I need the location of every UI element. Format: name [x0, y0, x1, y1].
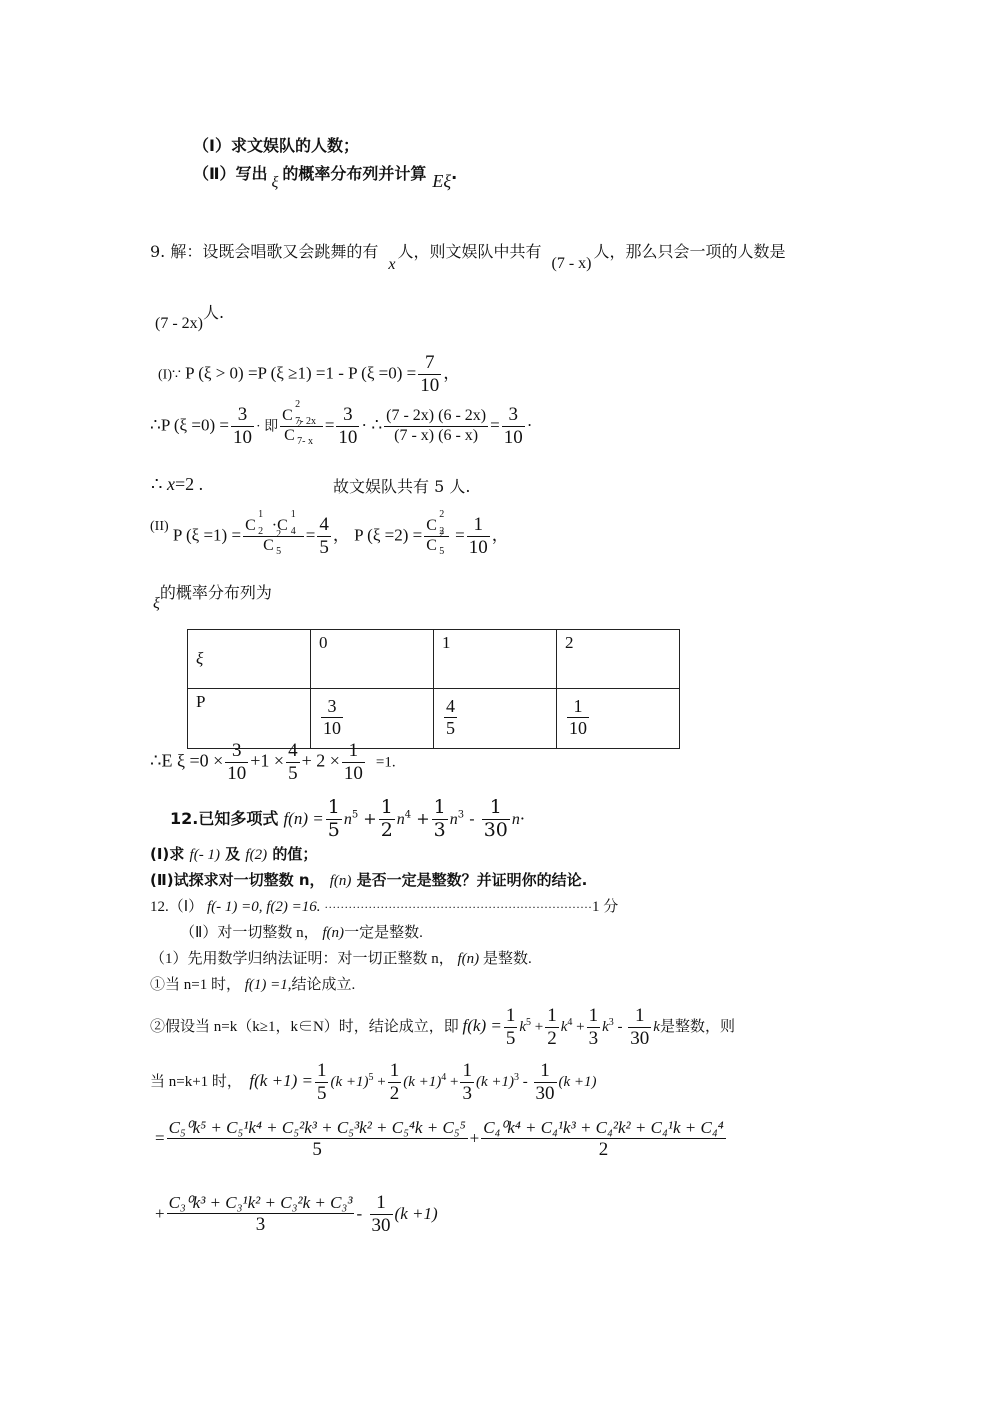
den: 5	[315, 1083, 329, 1105]
den: 5	[504, 1028, 518, 1050]
table-cell: 110	[557, 689, 680, 749]
num: 3	[321, 696, 343, 718]
text: 人，那么只会一项的人数是	[593, 242, 785, 261]
fraction: 130	[534, 1060, 557, 1105]
fraction: 15	[315, 1060, 329, 1105]
solution12-line5: ②假设当 n=k（k≥1，k∈N）时，结论成立，即 f(k) =15k5 +12…	[150, 1005, 735, 1050]
fraction: 130	[370, 1192, 393, 1237]
expr: f(2)	[245, 847, 267, 863]
c: C	[263, 537, 274, 554]
exp: 3	[458, 810, 464, 821]
var: n	[450, 811, 458, 828]
num: 1	[567, 696, 589, 718]
text: ①当 n=1 时，	[150, 977, 241, 993]
sup: 1	[258, 509, 263, 521]
dot: ·	[527, 415, 533, 434]
expr: f(n)	[458, 951, 480, 967]
den: 3	[587, 1028, 601, 1050]
text: · ∴	[361, 415, 382, 434]
sub: 4	[291, 526, 296, 538]
expectation-symbol: Eξ	[432, 171, 451, 191]
combination-fraction: C27- 2xC27- x	[280, 407, 323, 445]
text: 及	[225, 845, 240, 863]
title: 12.已知多项式	[170, 809, 278, 828]
table-cell: 2	[557, 630, 680, 689]
expr: f(- 1) =0, f(2) =16.	[207, 899, 321, 915]
solution9-line1: 9. 解：设既会唱歌又会跳舞的有x人，则文娱队中共有(7 - x)人，那么只会一…	[150, 239, 785, 262]
den: (7 - x) (6 - x)	[384, 427, 488, 445]
c: C	[282, 407, 293, 424]
text: （1）先用数学归纳法证明：对一切正整数 n，	[150, 951, 454, 967]
den: 5	[286, 763, 300, 785]
fraction: 15	[504, 1005, 518, 1050]
den: 30	[628, 1028, 651, 1050]
solution9-result: ∴ x=2 .	[151, 474, 203, 495]
solution12-line1: 12.（Ⅰ） f(- 1) =0, f(2) =16. ············…	[150, 895, 618, 916]
distribution-label: ξ的概率分布列为	[153, 580, 272, 603]
q2-prefix: （Ⅱ）写出	[193, 164, 268, 183]
num: 1	[432, 797, 448, 820]
fraction: 13	[587, 1005, 601, 1050]
combination-fraction: C12·C14C25	[243, 517, 304, 555]
sup: 2	[297, 419, 302, 431]
exp: 4	[567, 1017, 572, 1028]
den: 5	[317, 537, 331, 559]
den: 30	[534, 1083, 557, 1105]
expr: f(- 1)	[190, 847, 220, 863]
var: k	[602, 1019, 609, 1035]
text: 人，则文娱队中共有	[397, 242, 541, 261]
num: 1	[379, 797, 395, 820]
fraction: (7 - 2x) (6 - 2x)(7 - x) (6 - x)	[384, 407, 488, 445]
fraction: 110	[467, 514, 490, 559]
num: 1	[326, 797, 342, 820]
num: 1	[504, 1005, 518, 1028]
var: (k +1)	[330, 1074, 368, 1090]
table-cell: 1	[434, 630, 557, 689]
combination-fraction: C22C25	[424, 517, 449, 555]
exp: 3	[514, 1072, 519, 1083]
num: 3	[502, 404, 525, 427]
fraction: 13	[460, 1060, 474, 1105]
den: 3	[460, 1083, 474, 1105]
fraction: 130	[628, 1005, 651, 1050]
text: =2 .	[175, 474, 203, 494]
distribution-table: ξ 0 1 2 P 310 45 110	[187, 629, 680, 749]
problem12-question-2: (Ⅱ)试探求对一切整数 n， f(n) 是否一定是整数？并证明你的结论.	[150, 869, 587, 890]
xi-symbol: ξ	[272, 174, 279, 191]
fraction: 110	[342, 740, 365, 785]
den: 5	[167, 1139, 468, 1161]
var: (k +1)	[559, 1074, 597, 1090]
xi-symbol: ξ	[153, 595, 160, 612]
c: C	[284, 427, 295, 444]
c: C	[245, 517, 256, 534]
den: 2	[545, 1028, 559, 1050]
var-x: x	[388, 256, 395, 273]
text: (Ⅰ)求	[150, 845, 184, 863]
text: · 即	[256, 419, 278, 434]
eq: =	[325, 415, 335, 434]
dot: ·	[520, 809, 525, 828]
den: 10	[467, 537, 490, 559]
q2-mid: 的概率分布列并计算	[282, 164, 426, 183]
solution9-conclusion: 故文娱队共有 5 人.	[333, 474, 470, 497]
sub: 5	[439, 546, 444, 558]
solution9-part2: (II) P (ξ =1) =C12·C14C25=45， P (ξ =2) =…	[150, 514, 509, 559]
comma: ，	[492, 525, 509, 544]
fraction: 12	[545, 1005, 559, 1050]
num: C₃⁰k³ + C₃¹k² + C₃²k + C₃³	[167, 1193, 355, 1214]
den: 5	[444, 718, 457, 739]
table-cell: ξ	[188, 630, 311, 689]
den: 10	[225, 763, 248, 785]
text: 9. 解：设既会唱歌又会跳舞的有	[150, 242, 378, 261]
solution12-line8: +C₃⁰k³ + C₃¹k² + C₃²k + C₃³3- 130(k +1)	[155, 1192, 438, 1237]
c: C	[426, 537, 437, 554]
therefore: ∴	[151, 474, 162, 494]
den: 10	[502, 427, 525, 449]
table-cell: 0	[311, 630, 434, 689]
den: 30	[370, 1215, 393, 1237]
den: 30	[482, 820, 510, 842]
label: (II)	[150, 519, 169, 534]
text: (Ⅱ)试探求对一切整数 n，	[150, 871, 325, 889]
exp: 5	[526, 1017, 531, 1028]
den: 10	[342, 763, 365, 785]
fraction: C₃⁰k³ + C₃¹k² + C₃²k + C₃³3	[167, 1193, 355, 1235]
c: C	[426, 517, 437, 534]
text: ∴P (ξ =0) =	[150, 415, 229, 434]
table-cell: 45	[434, 689, 557, 749]
var: n	[344, 811, 352, 828]
fraction: 310	[231, 404, 254, 449]
text: 人.	[203, 303, 224, 322]
fraction: 12	[379, 797, 395, 842]
fraction: 710	[418, 352, 441, 397]
comma: ，	[443, 363, 460, 382]
problem9-question-1: （Ⅰ）求文娱队的人数；	[193, 133, 359, 156]
fraction: 45	[286, 740, 300, 785]
den: 2	[379, 820, 395, 842]
den: 5	[326, 820, 342, 842]
text: 一定是整数.	[344, 925, 423, 941]
text: ②假设当 n=k（k≥1，k∈N）时，结论成立，即	[150, 1019, 459, 1035]
plus: +	[470, 1129, 480, 1148]
num: 1	[534, 1060, 557, 1083]
text: 是整数.	[483, 951, 532, 967]
var: (k +1)	[403, 1074, 441, 1090]
solution9-step2: ∴P (ξ =0) =310· 即C27- 2xC27- x=310· ∴(7 …	[150, 404, 532, 449]
text: 12.（Ⅰ）	[150, 899, 203, 915]
label: (I)∵	[158, 367, 181, 382]
problem9-question-2: （Ⅱ）写出ξ的概率分布列并计算Eξ.	[193, 161, 457, 184]
fraction: 130	[482, 797, 510, 842]
expr: f(n)	[330, 873, 352, 889]
exp: 5	[369, 1072, 374, 1083]
num: 1	[370, 1192, 393, 1215]
exp: 4	[405, 810, 411, 821]
dotted-leader: ········································…	[324, 900, 592, 914]
minus: -	[356, 1204, 362, 1223]
num: 7	[418, 352, 441, 375]
num: 3	[225, 740, 248, 763]
problem12-statement: 12.已知多项式 f(n) =15n5 +12n4 +13n3 - 130n·	[170, 797, 525, 842]
text: P (ξ =1) =	[173, 525, 241, 544]
den: 10	[418, 375, 441, 397]
problem12-question-1: (Ⅰ)求 f(- 1) 及 f(2) 的值；	[150, 843, 317, 864]
fraction: 15	[326, 797, 342, 842]
fraction: 310	[225, 740, 248, 785]
solution9-line2: (7 - 2x)人.	[155, 300, 224, 323]
expr: f(n)	[322, 925, 344, 941]
sub: 7- x	[297, 436, 313, 448]
fraction: C₄⁰k⁴ + C₄¹k³ + C₄²k² + C₄¹k + C₄⁴2	[481, 1118, 725, 1160]
fraction: 310	[336, 404, 359, 449]
text: 是否一定是整数？并证明你的结论.	[357, 871, 588, 889]
var: (k +1)	[476, 1074, 514, 1090]
expr: (7 - 2x)	[155, 315, 203, 332]
cell-text: ξ	[196, 649, 203, 668]
text: + 2 ×	[302, 750, 340, 770]
text: ， P (ξ =2) =	[333, 525, 422, 544]
var-x: x	[167, 474, 175, 494]
num: 1	[467, 514, 490, 537]
num: 4	[286, 740, 300, 763]
num: 1	[482, 797, 510, 820]
solution12-line6: 当 n=k+1 时， f(k +1) =15(k +1)5 +12(k +1)4…	[150, 1060, 597, 1105]
sup: 2	[276, 529, 281, 541]
expr: f(k +1) =	[249, 1071, 313, 1090]
den: 2	[388, 1083, 402, 1105]
solution12-line4: ①当 n=1 时， f(1) =1,结论成立.	[150, 973, 355, 994]
num: 1	[315, 1060, 329, 1083]
solution9-part1: (I)∵ P (ξ > 0) =P (ξ ≥1) =1 - P (ξ =0) =…	[158, 352, 460, 397]
sup: 2	[439, 509, 444, 521]
num: C₅⁰k⁵ + C₅¹k⁴ + C₅²k³ + C₅³k² + C₅⁴k + C…	[167, 1118, 468, 1139]
text: ,结论成立.	[288, 977, 356, 993]
text: +1 ×	[250, 750, 284, 770]
den: 10	[321, 718, 343, 739]
den: 10	[567, 718, 589, 739]
solution12-line7: =C₅⁰k⁵ + C₅¹k⁴ + C₅²k³ + C₅³k² + C₅⁴k + …	[155, 1118, 728, 1160]
num: 3	[336, 404, 359, 427]
fraction: C₅⁰k⁵ + C₅¹k⁴ + C₅²k³ + C₅³k² + C₅⁴k + C…	[167, 1118, 468, 1160]
den: 2	[481, 1139, 725, 1161]
expectation-line: ∴E ξ =0 ×310+1 ×45+ 2 ×110 =1.	[150, 740, 396, 785]
num: 3	[231, 404, 254, 427]
var: n	[397, 811, 405, 828]
num: 4	[317, 514, 331, 537]
text: 的值；	[272, 845, 317, 863]
num: 1	[545, 1005, 559, 1028]
num: 1	[628, 1005, 651, 1028]
den: 3	[432, 820, 448, 842]
var: k	[653, 1019, 660, 1035]
table-row: ξ 0 1 2	[188, 630, 680, 689]
solution12-line3: （1）先用数学归纳法证明：对一切正整数 n， f(n) 是整数.	[150, 947, 532, 968]
fraction: 13	[432, 797, 448, 842]
eq: =	[155, 1129, 165, 1148]
fraction: 45	[317, 514, 331, 559]
text: （Ⅱ）对一切整数 n，	[180, 925, 319, 941]
equation: P (ξ > 0) =P (ξ ≥1) =1 - P (ξ =0) =	[185, 363, 416, 382]
sub: 5	[276, 546, 281, 558]
var: k	[519, 1019, 526, 1035]
exp: 5	[352, 810, 358, 821]
text: ∴E ξ =0 ×	[150, 750, 223, 770]
num: 1	[460, 1060, 474, 1083]
den: 3	[167, 1214, 355, 1236]
sup: 1	[291, 509, 296, 521]
num: 1	[342, 740, 365, 763]
den: 10	[231, 427, 254, 449]
period: .	[451, 164, 457, 183]
num: 1	[587, 1005, 601, 1028]
result: =1.	[376, 754, 396, 770]
expr: (7 - x)	[551, 255, 591, 272]
num: C₄⁰k⁴ + C₄¹k³ + C₄²k² + C₄¹k + C₄⁴	[481, 1118, 725, 1139]
plus: +	[155, 1204, 165, 1223]
expr: (k +1)	[395, 1204, 438, 1223]
function: f(n) =	[283, 809, 323, 828]
exp: 4	[441, 1072, 446, 1083]
fraction: 310	[502, 404, 525, 449]
solution12-line2: （Ⅱ）对一切整数 n， f(n)一定是整数.	[180, 921, 423, 942]
num: (7 - 2x) (6 - 2x)	[384, 407, 488, 426]
num: 1	[388, 1060, 402, 1083]
text: 当 n=k+1 时，	[150, 1074, 242, 1090]
den: 10	[336, 427, 359, 449]
fraction: 12	[388, 1060, 402, 1105]
exp: 3	[609, 1017, 614, 1028]
expr: f(k) =	[463, 1016, 502, 1035]
score: 1 分	[592, 899, 618, 915]
sup: 2	[439, 529, 444, 541]
sup: 2	[295, 399, 300, 411]
expr: f(1) =1	[245, 977, 288, 993]
text: 的概率分布列为	[160, 583, 272, 602]
text: 是整数，则	[660, 1019, 735, 1035]
num: 4	[444, 696, 457, 718]
var: n	[512, 811, 520, 828]
